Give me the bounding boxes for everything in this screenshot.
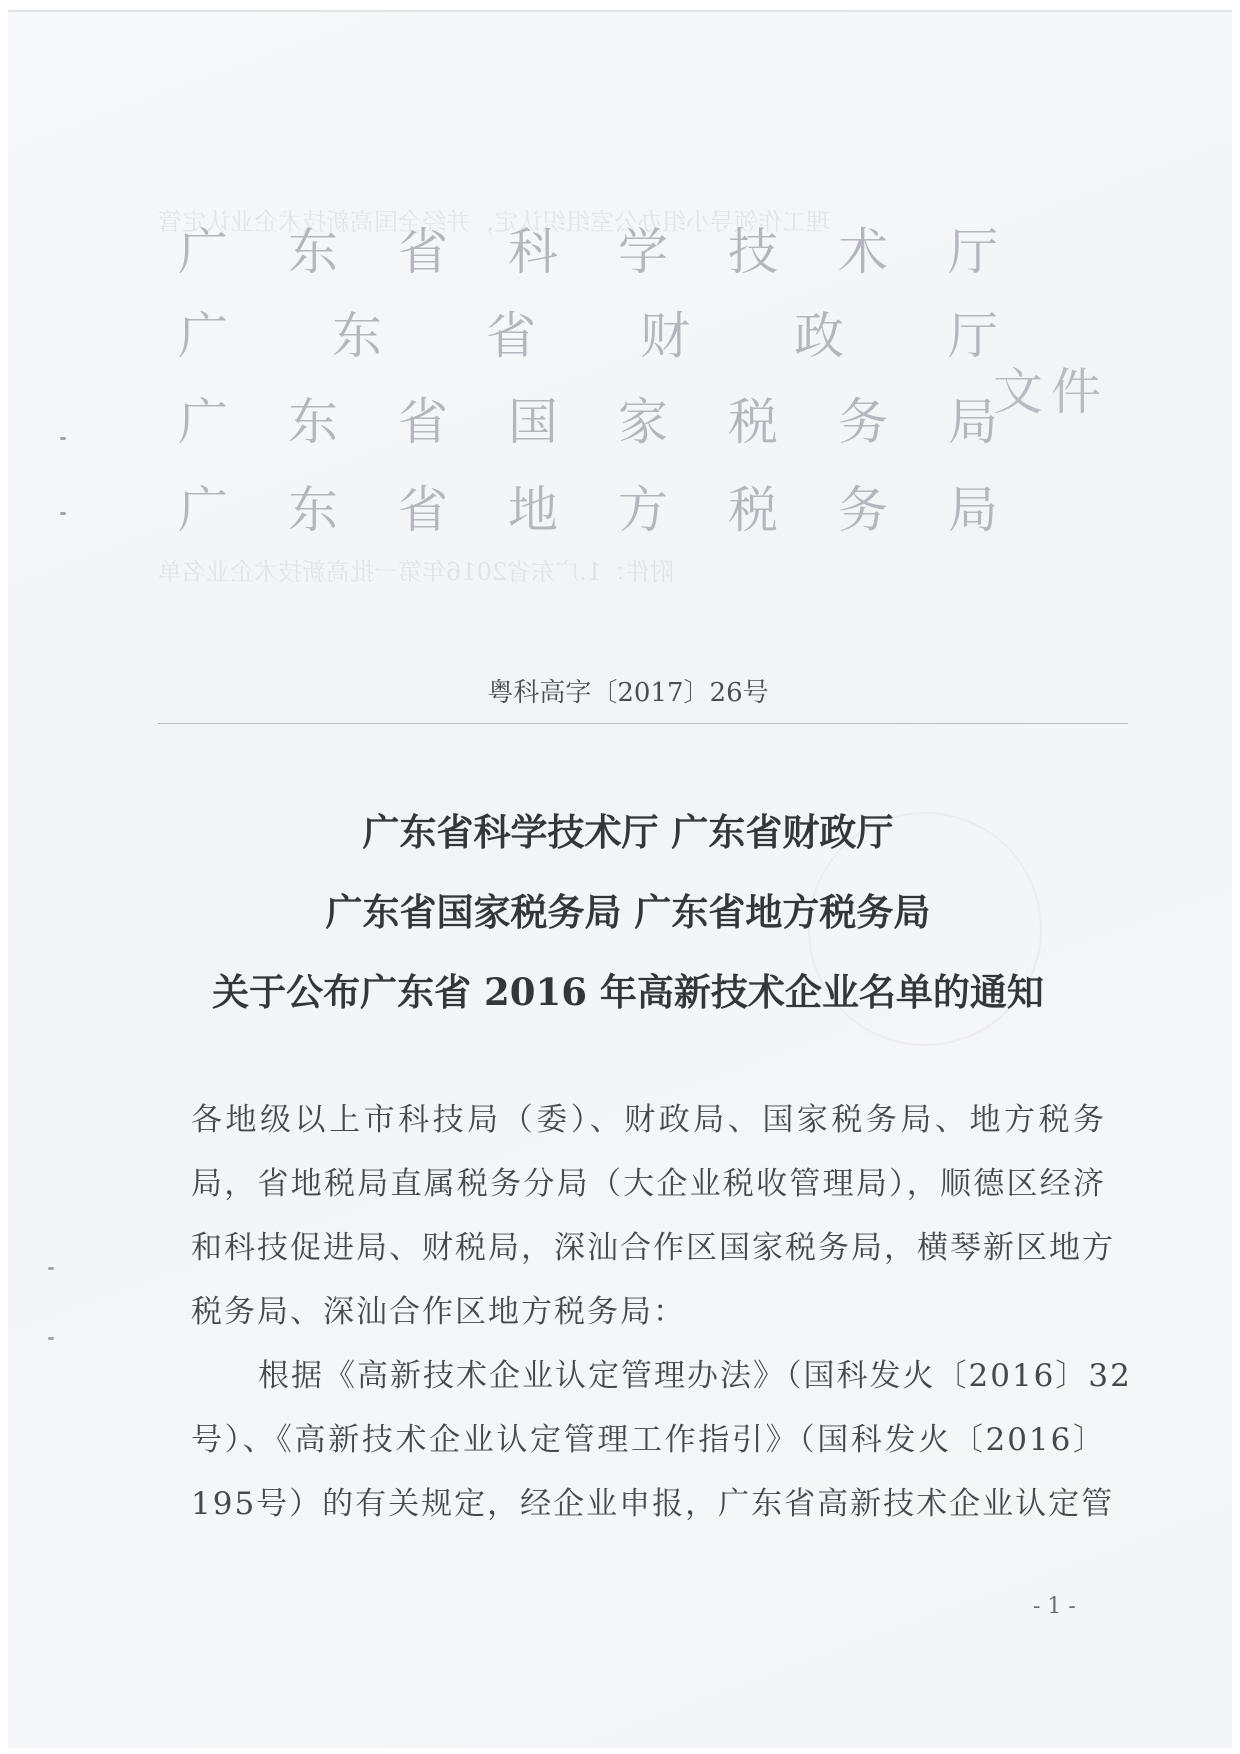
header-char: 地 <box>508 482 558 538</box>
document-page: 理工作领导小组办公室组织认定，并经全国高新技术企业认定管 附件：1.广东省201… <box>8 10 1232 1748</box>
header-char: 税 <box>728 394 778 450</box>
header-char: 财 <box>640 308 690 364</box>
header-char: 税 <box>728 482 778 538</box>
header-char: 局 <box>948 394 998 450</box>
header-char: 家 <box>618 394 668 450</box>
header-char: 务 <box>838 482 888 538</box>
header-char: 广 <box>178 394 228 450</box>
header-char: 东 <box>288 224 338 280</box>
title-line-1: 广东省科学技术厅 广东省财政厅 <box>8 802 1240 856</box>
page-number: - 1 - <box>1033 1594 1076 1619</box>
header-char: 广 <box>178 308 228 364</box>
header-divider <box>158 723 1128 724</box>
header-row-finance-dept: 广 东 省 财 政 厅 <box>178 308 998 364</box>
header-suffix-wenjian: 文件 <box>993 364 1109 420</box>
body-line: 和科技促进局、财税局，深汕合作区国家税务局，横琴新区地方 <box>191 1228 1106 1268</box>
staple-mark <box>60 437 66 440</box>
staple-mark <box>60 512 66 515</box>
header-char: 科 <box>508 224 558 280</box>
body-line: 税务局、深汕合作区地方税务局： <box>191 1292 1106 1332</box>
header-char: 东 <box>332 308 382 364</box>
staple-mark <box>48 1267 54 1270</box>
header-char: 广 <box>178 482 228 538</box>
header-char: 厅 <box>948 308 998 364</box>
header-char: 省 <box>486 308 536 364</box>
body-line: 各地级以上市科技局（委）、财政局、国家税务局、地方税务 <box>191 1100 1106 1140</box>
header-char: 术 <box>838 224 888 280</box>
body-line: 根据《高新技术企业认定管理办法》（国科发火〔2016〕32 <box>258 1356 1106 1396</box>
body-line: 局，省地税局直属税务分局（大企业税收管理局），顺德区经济 <box>191 1164 1106 1204</box>
title-line-2: 广东省国家税务局 广东省地方税务局 <box>8 882 1240 936</box>
header-row-science-dept: 广 东 省 科 学 技 术 厅 <box>178 224 998 280</box>
header-char: 东 <box>288 394 338 450</box>
header-char: 学 <box>618 224 668 280</box>
header-char: 务 <box>838 394 888 450</box>
header-row-local-tax: 广 东 省 地 方 税 务 局 <box>178 482 998 538</box>
body-line: 195号）的有关规定，经企业申报，广东省高新技术企业认定管 <box>191 1484 1106 1524</box>
header-char: 广 <box>178 224 228 280</box>
staple-mark <box>48 1337 54 1340</box>
bleed-through-text: 附件：1.广东省2016年第一批高新技术企业名单 <box>158 552 674 587</box>
header-char: 省 <box>398 482 448 538</box>
header-char: 省 <box>398 394 448 450</box>
title-line-3: 关于公布广东省 2016 年高新技术企业名单的通知 <box>8 962 1240 1016</box>
header-char: 省 <box>398 224 448 280</box>
header-row-national-tax: 广 东 省 国 家 税 务 局 <box>178 394 998 450</box>
document-number: 粤科高字〔2017〕26号 <box>8 672 1240 709</box>
header-char: 局 <box>948 482 998 538</box>
header-char: 技 <box>728 224 778 280</box>
header-char: 政 <box>794 308 844 364</box>
body-line: 号）、《高新技术企业认定管理工作指引》（国科发火〔2016〕 <box>191 1420 1106 1460</box>
header-char: 厅 <box>948 224 998 280</box>
header-char: 方 <box>618 482 668 538</box>
header-char: 东 <box>288 482 338 538</box>
header-char: 国 <box>508 394 558 450</box>
